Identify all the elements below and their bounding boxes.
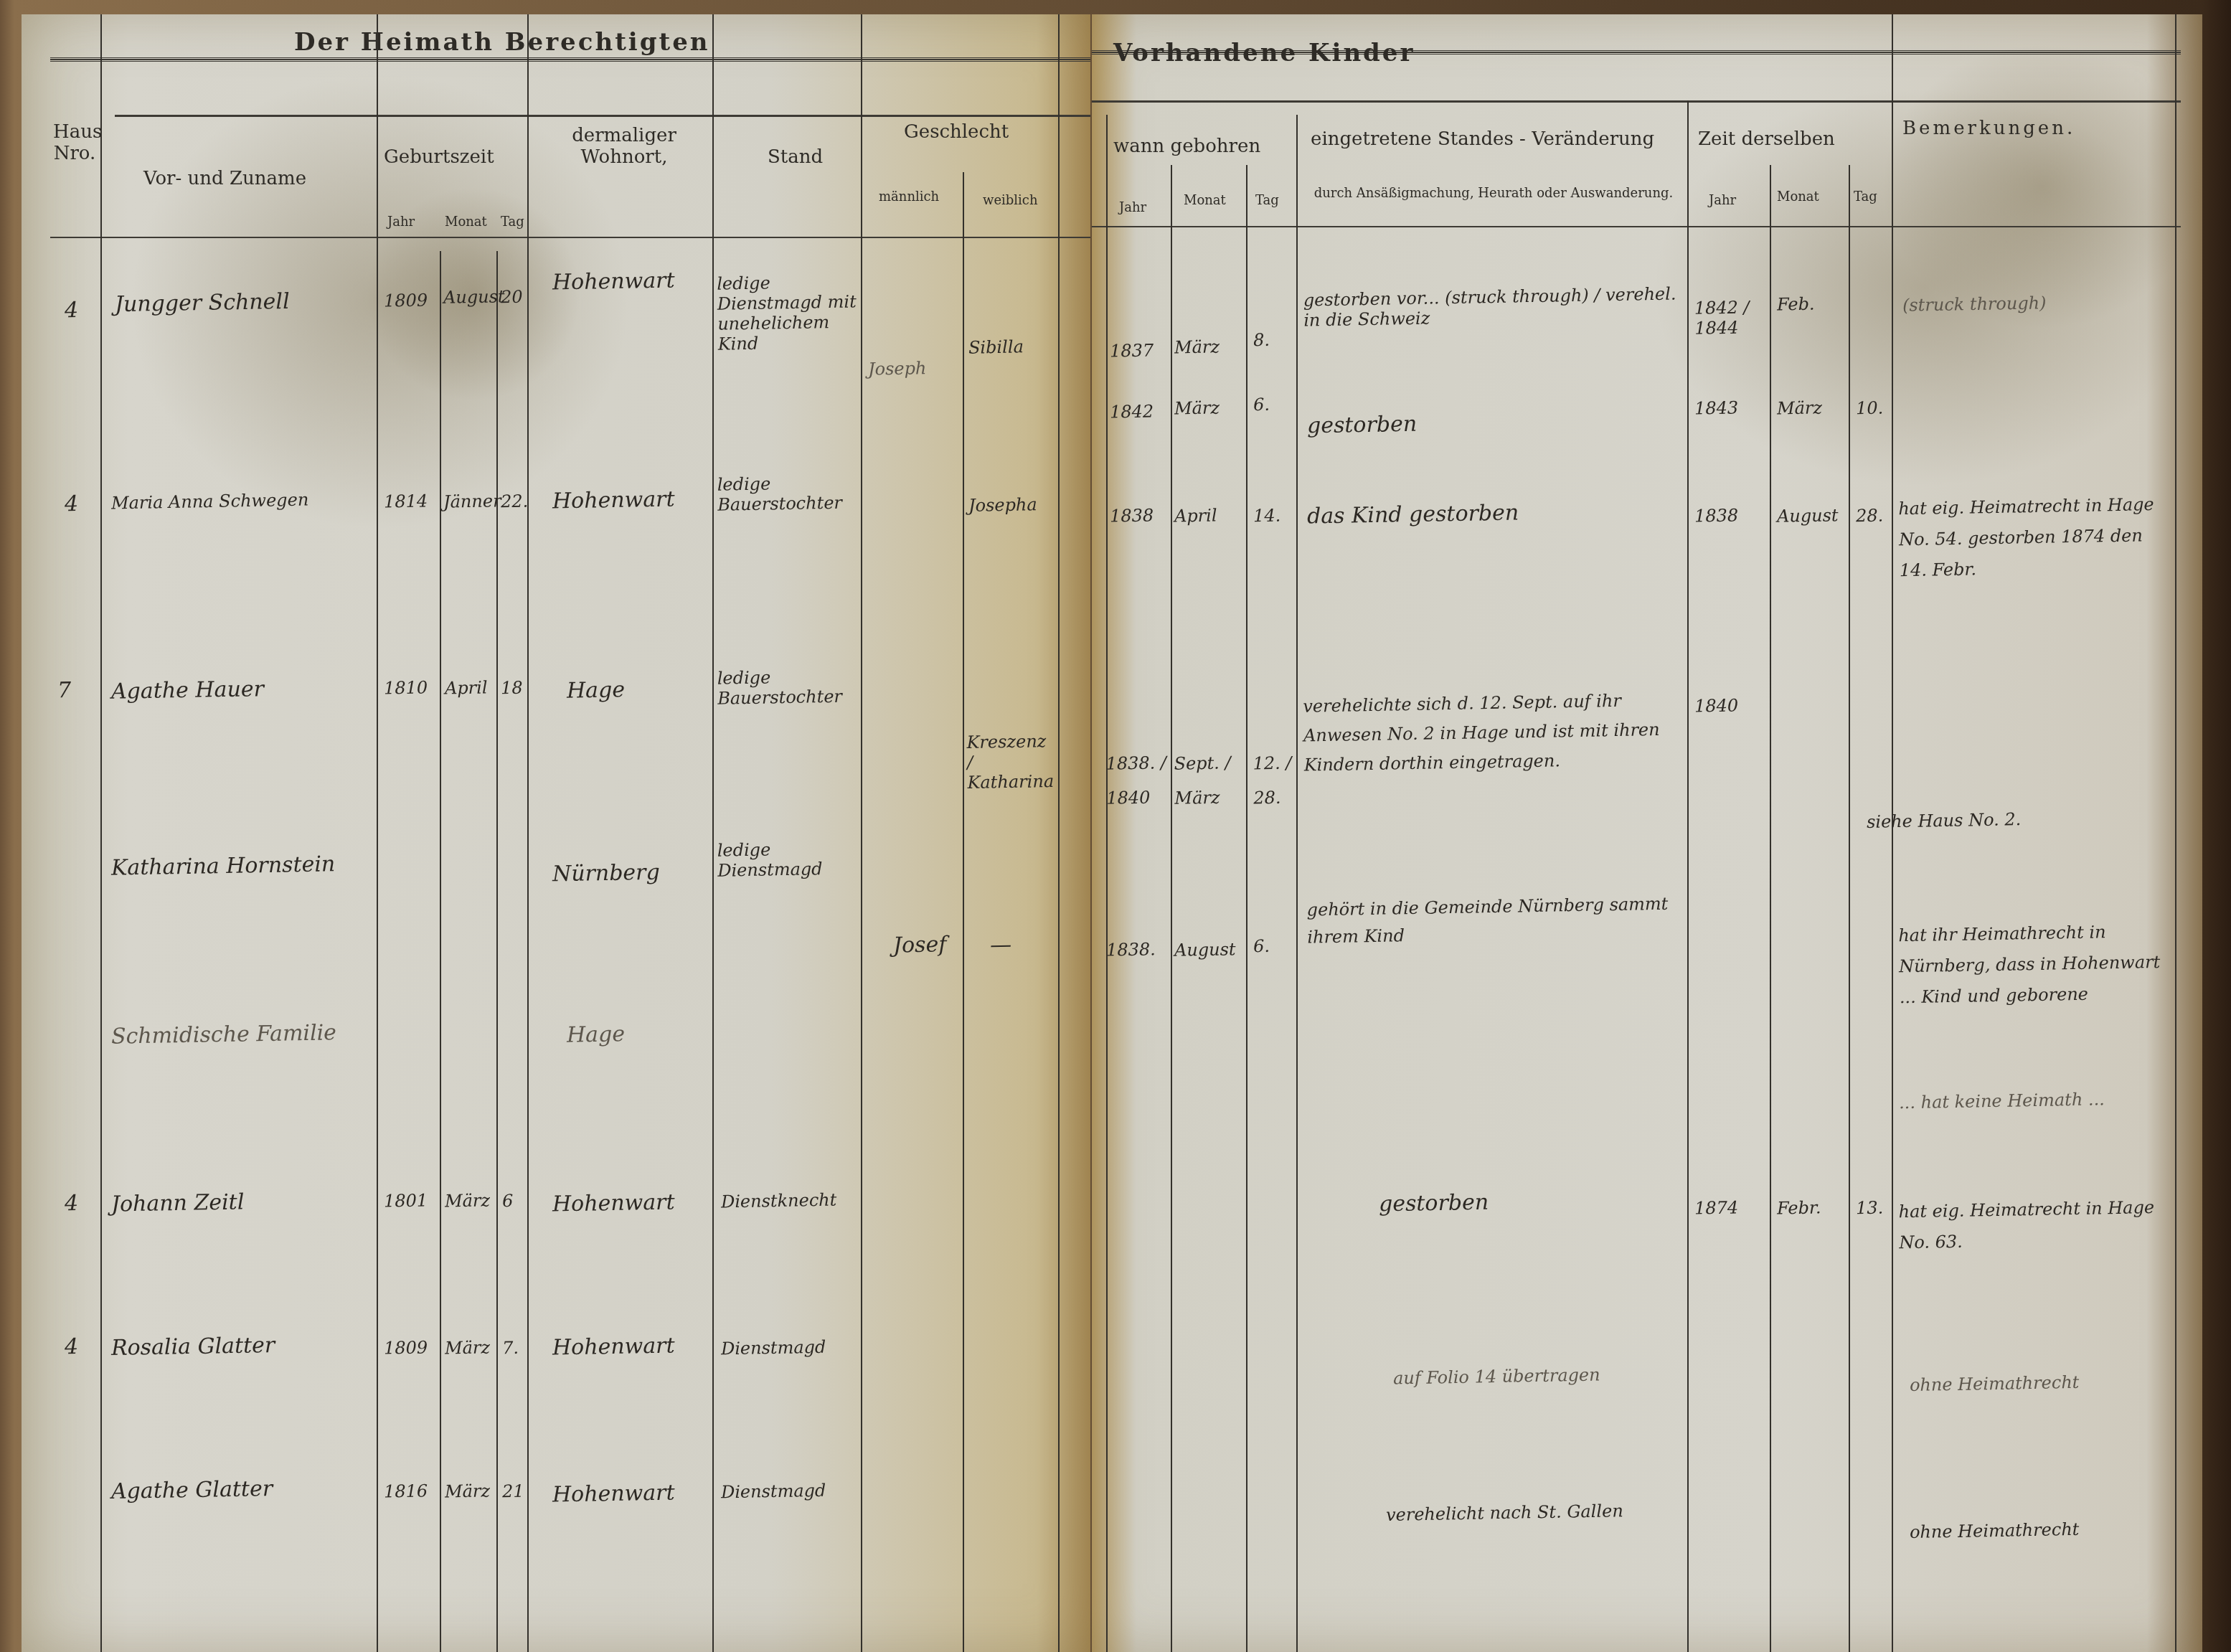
handwritten-entry: 8. (1253, 330, 1270, 350)
ruling-line (527, 14, 529, 1652)
ruling-line (440, 251, 441, 1652)
handwritten-entry: 1838. / 1840 (1105, 745, 1171, 816)
book-spread: Der Heimath Berechtigten Haus Nro. Vor- … (0, 0, 2231, 1652)
header-weiblich: weiblich (983, 194, 1038, 209)
handwritten-entry: Hage (567, 677, 626, 703)
handwritten-entry: (struck through) (1902, 293, 2047, 315)
handwritten-entry: 1814 (384, 491, 428, 511)
handwritten-entry: Agathe Glatter (111, 1476, 273, 1504)
handwritten-entry: 1842 (1110, 401, 1154, 422)
handwritten-entry: Sept. / März (1174, 745, 1243, 816)
handwritten-entry: Hohenwart (552, 1334, 675, 1361)
handwritten-entry: 18 (501, 678, 523, 699)
ruling-line (1106, 115, 1108, 1652)
handwritten-entry: Febr. (1777, 1197, 1821, 1218)
handwritten-entry: ohne Heimathrecht (1910, 1372, 2080, 1395)
handwritten-entry: März (1174, 336, 1220, 357)
handwritten-entry: 1837 (1110, 340, 1154, 361)
header-bemerkungen: Bemerkungen. (1902, 118, 2075, 140)
ruling-line (1058, 14, 1060, 1652)
handwritten-entry: 28. (1856, 506, 1884, 527)
handwritten-entry: März (445, 1190, 490, 1211)
ruling-line (1171, 165, 1172, 1652)
handwritten-entry: gestorben (1307, 412, 1418, 439)
handwritten-entry: 22. (501, 491, 529, 512)
handwritten-entry: hat eig. Heimatrecht in Hage No. 54. ges… (1898, 489, 2172, 587)
header-maennlich: männlich (879, 190, 939, 205)
handwritten-entry: 4 (65, 1334, 79, 1359)
ruling-line (2175, 14, 2176, 1652)
header-geb-jahr: Jahr (387, 215, 415, 230)
handwritten-entry: Kreszenz / Katharina (966, 731, 1057, 793)
handwritten-entry: 1842 / 1844 (1694, 297, 1767, 339)
handwritten-entry: Maria Anna Schwegen (111, 490, 309, 514)
header-geschlecht: Geschlecht (904, 122, 1009, 143)
handwritten-entry: 1801 (384, 1190, 428, 1211)
handwritten-entry: Rosalia Glatter (111, 1333, 275, 1361)
header-veraenderung-sub: durch Ansäßigmachung, Heurath oder Auswa… (1311, 187, 1676, 202)
handwritten-entry: 10. (1856, 398, 1884, 419)
ruling-line (377, 14, 378, 1652)
header-zeit-monat: Monat (1777, 190, 1819, 205)
header-geburtszeit: Geburtszeit (384, 147, 494, 169)
handwritten-entry: 14. (1253, 506, 1281, 527)
handwritten-entry: August (1174, 939, 1236, 960)
handwritten-entry: 13. (1856, 1198, 1884, 1219)
ruling-line (50, 57, 1090, 62)
header-name: Vor- und Zuname (143, 169, 306, 190)
ruling-line (50, 237, 1090, 242)
handwritten-entry: Josepha (968, 494, 1037, 516)
header-kind-jahr: Jahr (1119, 201, 1146, 216)
handwritten-entry: April (1174, 505, 1217, 526)
handwritten-entry: Feb. (1777, 294, 1815, 315)
right-title: Vorhandene Kinder (1113, 39, 1415, 67)
handwritten-entry: ledige Bauerstochter (717, 472, 862, 514)
handwritten-entry: Hohenwart (552, 1481, 675, 1508)
handwritten-entry: Nürnberg (552, 860, 660, 887)
handwritten-entry: verehelicht nach St. Gallen (1386, 1501, 1623, 1525)
handwritten-entry: ledige Dienstmagd mit unehelichem Kind (717, 271, 862, 354)
handwritten-entry: hat ihr Heimathrecht in Nürnberg, dass i… (1898, 916, 2172, 1014)
ruling-line (1770, 165, 1771, 1652)
handwritten-entry: Hohenwart (552, 1190, 675, 1217)
handwritten-entry: Katharina Hornstein (111, 851, 336, 880)
header-zeit-jahr: Jahr (1709, 194, 1736, 209)
handwritten-entry: Dienstmagd (721, 1481, 826, 1503)
handwritten-entry: gestorben (1379, 1190, 1489, 1217)
handwritten-entry: Sibilla (968, 336, 1024, 357)
right-page: Vorhandene Kinder wann gebohren Jahr Mon… (1092, 14, 2202, 1652)
handwritten-entry: Joseph (868, 358, 927, 379)
handwritten-entry: August (1777, 505, 1839, 526)
handwritten-entry: Agathe Hauer (111, 676, 264, 704)
ruling-line (1849, 165, 1850, 1652)
handwritten-entry: 6 (502, 1191, 514, 1211)
handwritten-entry: März (1174, 397, 1220, 418)
handwritten-entry: 1838 (1694, 505, 1739, 526)
handwritten-entry: 1838 (1110, 505, 1154, 526)
handwritten-entry: Jänner (443, 491, 501, 511)
header-wann-gebohren: wann gebohren (1113, 136, 1260, 158)
handwritten-entry: Dienstmagd (721, 1337, 826, 1359)
ruling-line (1881, 43, 2204, 330)
handwritten-entry: Jungger Schnell (115, 289, 290, 317)
handwritten-entry: Johann Zeitl (111, 1189, 245, 1217)
handwritten-entry: Josef (893, 932, 947, 958)
handwritten-entry: ... hat keine Heimath ... (1899, 1088, 2171, 1113)
ruling-line (963, 172, 964, 1652)
handwritten-entry: März (445, 1481, 490, 1501)
handwritten-entry: 7. (502, 1338, 519, 1358)
handwritten-entry: 1874 (1694, 1197, 1739, 1218)
handwritten-entry: April (445, 677, 488, 698)
ruling-line (1296, 115, 1298, 1652)
handwritten-entry: 1816 (384, 1481, 428, 1501)
handwritten-entry: ohne Heimathrecht (1910, 1519, 2080, 1542)
handwritten-entry: 4 (65, 491, 79, 516)
header-stand: Stand (768, 147, 823, 169)
handwritten-entry: August (443, 286, 505, 307)
ruling-line (1892, 14, 1893, 1652)
ruling-line (1092, 100, 2181, 103)
ruling-line (115, 115, 1090, 117)
header-kind-tag: Tag (1255, 194, 1279, 209)
handwritten-entry: 1838. (1106, 939, 1156, 960)
handwritten-entry: das Kind gestorben (1307, 500, 1519, 529)
handwritten-entry: März (445, 1337, 490, 1358)
handwritten-entry: Dienstknecht (721, 1190, 837, 1212)
handwritten-entry: 1810 (384, 677, 428, 698)
ruling-line (1687, 100, 1689, 1652)
handwritten-entry: Hage (567, 1021, 626, 1047)
handwritten-entry: Hohenwart (552, 487, 675, 514)
left-page: Der Heimath Berechtigten Haus Nro. Vor- … (22, 14, 1090, 1652)
handwritten-entry: Schmidische Familie (111, 1020, 337, 1049)
header-zeit-tag: Tag (1854, 190, 1877, 205)
handwritten-entry: 4 (65, 1191, 79, 1216)
handwritten-entry: — (990, 933, 1012, 958)
handwritten-entry: hat eig. Heimatrecht in Hage No. 63. (1898, 1192, 2171, 1259)
handwritten-entry: 6. (1253, 936, 1270, 956)
handwritten-entry: Hohenwart (552, 268, 675, 296)
header-veraenderung: eingetretene Standes - Veränderung (1311, 129, 1654, 151)
header-haus-nro: Haus Nro. (53, 122, 96, 165)
handwritten-entry: 1809 (384, 1337, 428, 1358)
handwritten-entry: ledige Bauerstochter (717, 666, 862, 708)
ruling-line (1246, 165, 1247, 1652)
handwritten-entry: siehe Haus No. 2. (1867, 809, 2022, 832)
handwritten-entry: 7 (57, 678, 72, 703)
ruling-line (496, 251, 498, 1652)
header-geb-tag: Tag (501, 215, 524, 230)
header-wohnort: dermaliger Wohnort, (552, 126, 696, 169)
handwritten-entry: ledige Dienstmagd (717, 838, 862, 880)
handwritten-entry: März (1777, 397, 1822, 418)
handwritten-entry: 20 (501, 287, 523, 308)
left-title: Der Heimath Berechtigten (294, 29, 710, 57)
handwritten-entry: gehört in die Gemeinde Nürnberg sammt ih… (1306, 889, 1680, 951)
handwritten-entry: 1809 (384, 290, 428, 311)
header-kind-monat: Monat (1184, 194, 1226, 209)
ruling-line (861, 14, 862, 1652)
ruling-line (712, 14, 714, 1652)
ruling-line (1092, 226, 2181, 231)
handwritten-entry: 1840 (1694, 695, 1739, 716)
handwritten-entry: 4 (65, 298, 79, 323)
handwritten-entry: 12. / 28. (1253, 745, 1297, 815)
handwritten-entry: 21 (502, 1481, 524, 1502)
handwritten-entry: 6. (1253, 395, 1270, 415)
col-rule (100, 14, 102, 1652)
handwritten-entry: auf Folio 14 übertragen (1393, 1364, 1600, 1388)
handwritten-entry: verehelichte sich d. 12. Sept. auf ihr A… (1303, 685, 1684, 780)
header-geb-monat: Monat (445, 215, 487, 230)
header-zeit: Zeit derselben (1698, 129, 1835, 151)
handwritten-entry: gestorben vor... (struck through) / vere… (1303, 283, 1684, 330)
handwritten-entry: 1843 (1694, 397, 1739, 418)
